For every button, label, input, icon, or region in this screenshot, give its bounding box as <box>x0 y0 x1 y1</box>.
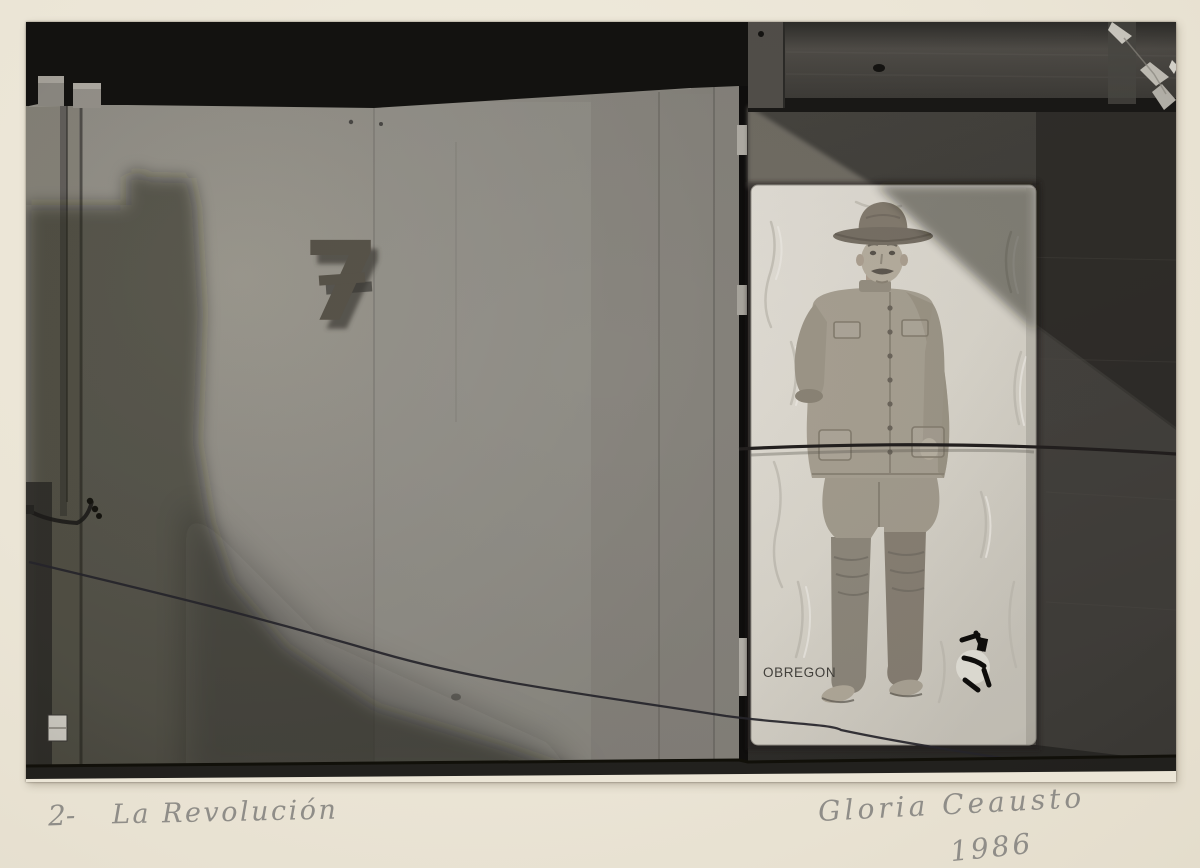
photograph: 7 7 <box>26 22 1176 782</box>
mat-board: 7 7 <box>0 0 1200 868</box>
caption-number: 2- <box>47 799 75 833</box>
artist-signature: Gloria Ceausto <box>817 781 1086 828</box>
vignette <box>26 22 1176 782</box>
caption-title: La Revolución <box>112 795 339 831</box>
photograph-svg: 7 7 <box>26 22 1176 782</box>
artwork-year: 1986 <box>949 827 1035 868</box>
